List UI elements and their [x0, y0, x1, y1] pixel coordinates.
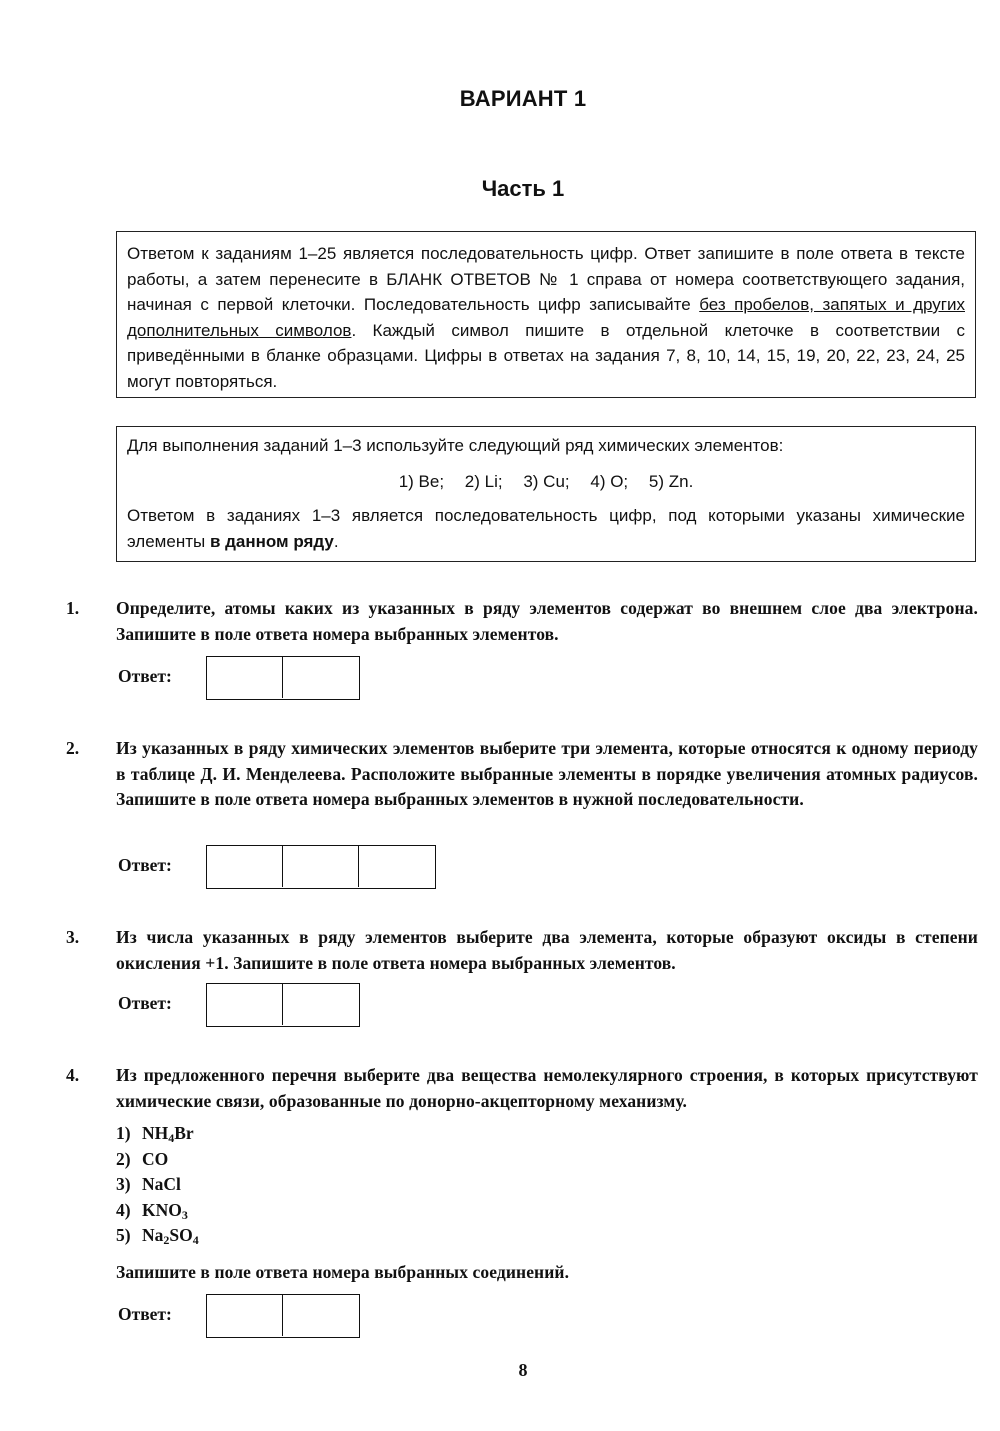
option-number: 5): [116, 1223, 142, 1249]
option-item: 5)Na2SO4: [116, 1223, 978, 1249]
answer-cell[interactable]: [283, 984, 359, 1025]
task-text: Определите, атомы каких из указанных в р…: [116, 596, 978, 647]
task-after-text: Запишите в поле ответа номера выбранных …: [116, 1260, 978, 1286]
elements-list: 1) Be; 2) Li; 3) Cu; 4) O; 5) Zn.: [127, 469, 965, 495]
option-number: 4): [116, 1198, 142, 1224]
answer-cell[interactable]: [359, 846, 435, 887]
answer-cell[interactable]: [283, 657, 359, 698]
answer-cell[interactable]: [207, 846, 283, 887]
element-item: 2) Li;: [465, 472, 503, 491]
answer-field[interactable]: [206, 1294, 360, 1338]
answer-cell[interactable]: [207, 657, 283, 698]
option-formula: KNO3: [142, 1200, 188, 1220]
option-item: 4)KNO3: [116, 1198, 978, 1224]
answer-cell[interactable]: [207, 1295, 283, 1336]
option-formula: CO: [142, 1149, 168, 1169]
answer-cell[interactable]: [207, 984, 283, 1025]
element-item: 4) O;: [590, 472, 628, 491]
task-number: 3.: [66, 925, 79, 951]
option-item: 3)NaCl: [116, 1172, 978, 1198]
task-4: 4. Из предложенного перечня выберите два…: [66, 1063, 978, 1285]
option-formula: NH4Br: [142, 1123, 194, 1143]
elements-intro: Для выполнения заданий 1–3 используйте с…: [127, 433, 965, 459]
answer-label: Ответ:: [118, 666, 172, 687]
answer-cell[interactable]: [283, 1295, 359, 1336]
task-3: 3. Из числа указанных в ряду элементов в…: [66, 925, 978, 976]
task-number: 1.: [66, 596, 79, 622]
elements-note-end: .: [334, 532, 339, 551]
page-number: 8: [0, 1360, 1000, 1381]
variant-title: ВАРИАНТ 1: [0, 86, 1000, 112]
part-title: Часть 1: [0, 176, 1000, 202]
instructions-box: Ответом к заданиям 1–25 является последо…: [116, 231, 976, 398]
task-text: Из предложенного перечня выберите два ве…: [116, 1063, 978, 1114]
answer-field[interactable]: [206, 845, 436, 889]
elements-note-bold: в данном ряду: [210, 532, 334, 551]
option-formula: Na2SO4: [142, 1225, 199, 1245]
task-number: 4.: [66, 1063, 79, 1089]
options-list: 1)NH4Br 2)CO 3)NaCl 4)KNO3 5)Na2SO4: [116, 1121, 978, 1249]
answer-label: Ответ:: [118, 1304, 172, 1325]
task-2: 2. Из указанных в ряду химических элемен…: [66, 736, 978, 813]
answer-cell[interactable]: [283, 846, 359, 887]
element-item: 3) Cu;: [523, 472, 569, 491]
answer-label: Ответ:: [118, 855, 172, 876]
option-number: 1): [116, 1121, 142, 1147]
answer-field[interactable]: [206, 983, 360, 1027]
option-item: 1)NH4Br: [116, 1121, 978, 1147]
task-number: 2.: [66, 736, 79, 762]
option-number: 3): [116, 1172, 142, 1198]
option-item: 2)CO: [116, 1147, 978, 1173]
task-text: Из числа указанных в ряду элементов выбе…: [116, 925, 978, 976]
elements-box: Для выполнения заданий 1–3 используйте с…: [116, 426, 976, 562]
element-item: 1) Be;: [399, 472, 444, 491]
task-1: 1. Определите, атомы каких из указанных …: [66, 596, 978, 647]
element-item: 5) Zn.: [649, 472, 693, 491]
answer-field[interactable]: [206, 656, 360, 700]
task-text: Из указанных в ряду химических элементов…: [116, 736, 978, 813]
answer-label: Ответ:: [118, 993, 172, 1014]
elements-note: Ответом в заданиях 1–3 является последов…: [127, 503, 965, 554]
option-formula: NaCl: [142, 1174, 181, 1194]
option-number: 2): [116, 1147, 142, 1173]
